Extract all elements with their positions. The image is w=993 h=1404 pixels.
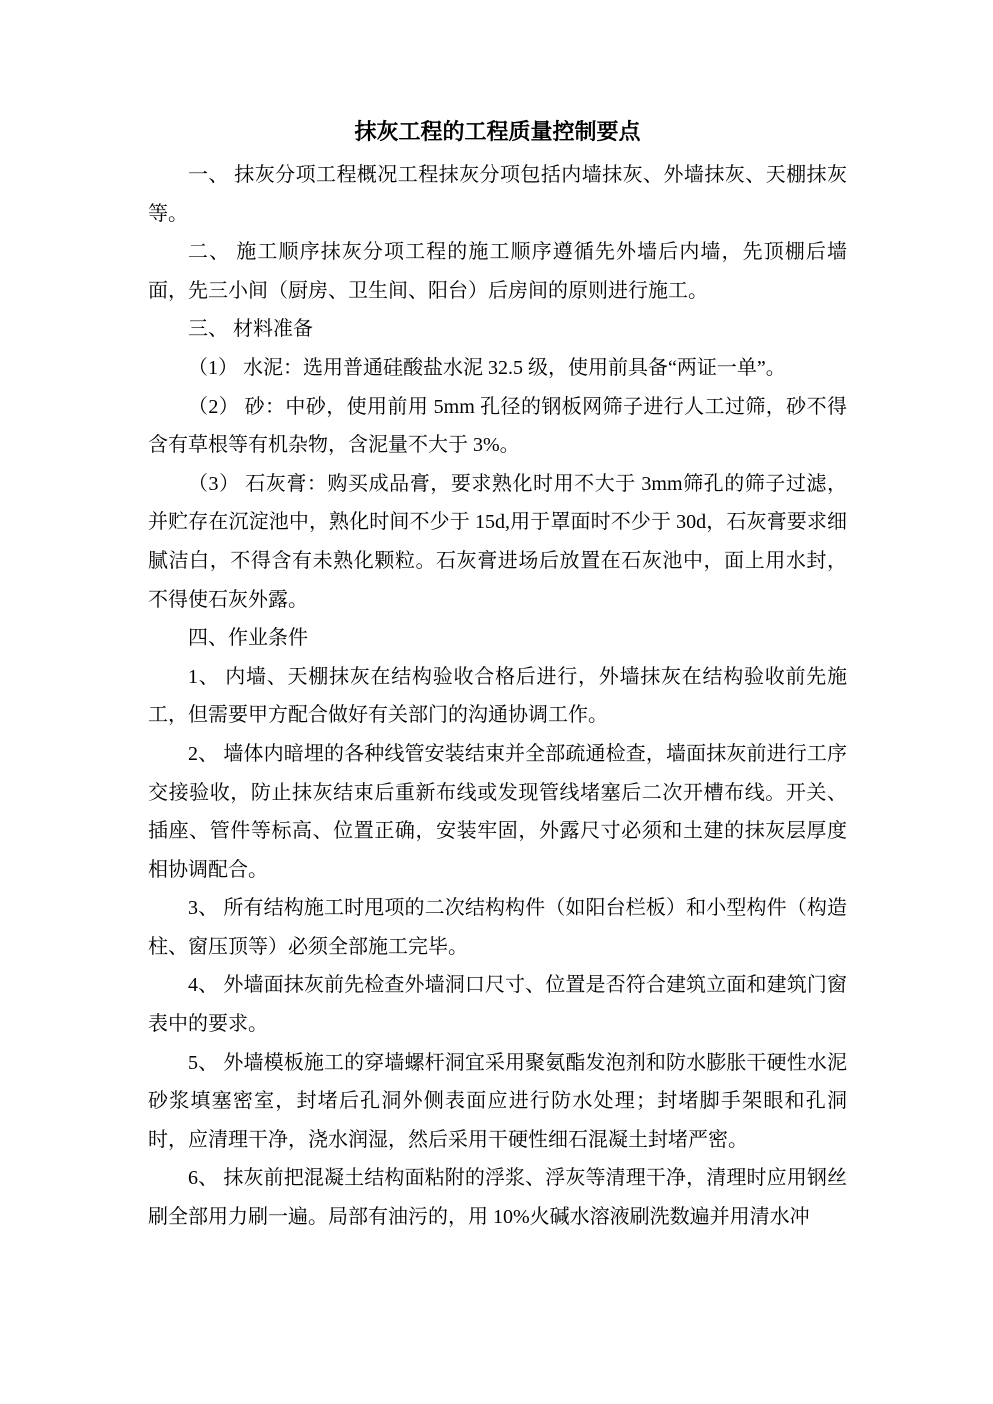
paragraph-material-cement: （1） 水泥：选用普通硅酸盐水泥 32.5 级，使用前具备“两证一单”。 (148, 349, 847, 388)
paragraph-material-lime-paste: （3） 石灰膏：购买成品膏，要求熟化时用不大于 3mm筛孔的筛子过滤，并贮存在沉… (148, 465, 847, 619)
paragraph-condition-3: 3、 所有结构施工时甩项的二次结构构件（如阳台栏板）和小型构件（构造柱、窗压顶等… (148, 889, 847, 966)
document-page: 抹灰工程的工程质量控制要点 一、 抹灰分项工程概况工程抹灰分项包括内墙抹灰、外墙… (0, 0, 993, 1404)
paragraph-condition-5: 5、 外墙模板施工的穿墙螺杆洞宜采用聚氨酯发泡剂和防水膨胀干硬性水泥砂浆填塞密室… (148, 1044, 847, 1160)
paragraph-condition-2: 2、 墙体内暗埋的各种线管安装结束并全部疏通检查，墙面抹灰前进行工序交接验收，防… (148, 735, 847, 889)
paragraph-condition-1: 1、 内墙、天棚抹灰在结构验收合格后进行，外墙抹灰在结构验收前先施工，但需要甲方… (148, 658, 847, 735)
paragraph-condition-4: 4、 外墙面抹灰前先检查外墙洞口尺寸、位置是否符合建筑立面和建筑门窗表中的要求。 (148, 966, 847, 1043)
paragraph-section-2: 二、 施工顺序抹灰分项工程的施工顺序遵循先外墙后内墙，先顶棚后墙面，先三小间（厨… (148, 233, 847, 310)
paragraph-material-sand: （2） 砂：中砂，使用前用 5mm 孔径的钢板网筛子进行人工过筛，砂不得含有草根… (148, 388, 847, 465)
paragraph-section-3-heading: 三、 材料准备 (148, 310, 847, 349)
paragraph-section-4-heading: 四、作业条件 (148, 619, 847, 658)
document-title: 抹灰工程的工程质量控制要点 (148, 112, 847, 152)
paragraph-condition-6: 6、 抹灰前把混凝土结构面粘附的浮浆、浮灰等清理干净，清理时应用钢丝刷全部用力刷… (148, 1159, 847, 1236)
paragraph-section-1: 一、 抹灰分项工程概况工程抹灰分项包括内墙抹灰、外墙抹灰、天棚抹灰等。 (148, 156, 847, 233)
